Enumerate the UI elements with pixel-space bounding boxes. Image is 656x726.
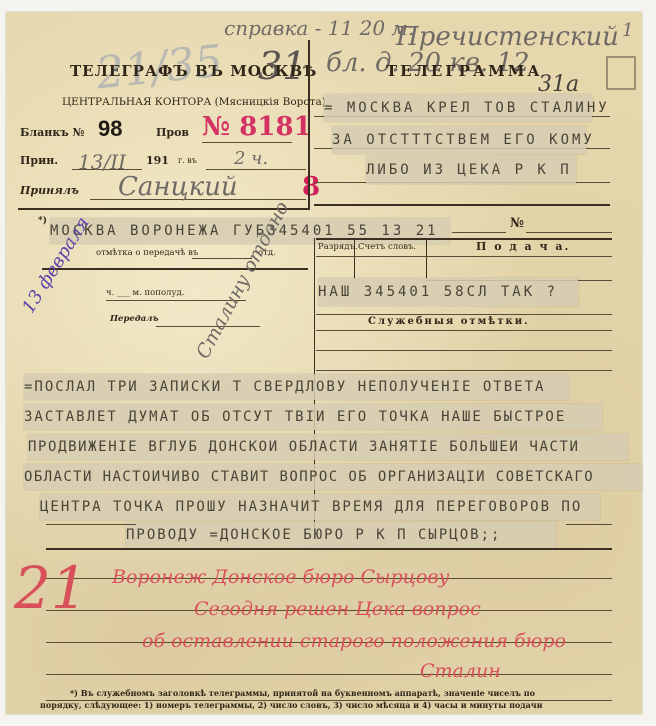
blank-label: Бланкъ № (20, 126, 85, 139)
telegram-form: справка - 11 20 м. 21/35 31 Пречистенски… (6, 12, 642, 714)
body-tape-6: ПРОВОДУ =ДОНСКОЕ БЮРО Р К П СЫРЦОВ;; (126, 522, 556, 548)
page-mark: 1 (622, 20, 633, 41)
address-tape-3: ЛИБО ИЗ ЦЕКА Р К П (366, 156, 576, 184)
sluzhebnye-label: Служебныя отмѣтки. (368, 316, 530, 327)
address-tape-2: ЗА ОТСТТТСТВЕМ ЕГО КОМУ (332, 126, 586, 154)
number-sign: № (510, 216, 524, 231)
address-tape-1: = МОСКВА КРЕЛ ТОВ СТАЛИНУ (324, 94, 592, 122)
service-tape: НАШ 345401 58СЛ ТАК ? (318, 278, 578, 306)
prov-label: Пров (156, 126, 189, 139)
reply-line-3: об оставлении старого положения бюро (142, 630, 566, 652)
body-tape-3: ПРОДВИЖЕНІЕ ВГЛУБ ДОНСКОИ ОБЛАСТИ ЗАНЯТІ… (28, 434, 628, 460)
footnote-marker: *) (38, 216, 47, 226)
received-date: 13/II (78, 150, 126, 174)
time-row-label: ч. ___ м. пополуд. (106, 288, 184, 298)
red-page-number: 21 (14, 554, 88, 622)
received-time: 2 ч. (234, 148, 268, 169)
g-label: г. въ (178, 156, 197, 165)
razryad-label: Разрядъ. (318, 242, 358, 252)
reply-line-1: Воронеж Донское бюро Сырцову (112, 566, 449, 588)
footnote-line-1: *) Въ служебномъ заголовкѣ телеграммы, п… (70, 688, 535, 698)
telegram-title: ТЕЛЕГРАММА (386, 62, 543, 80)
schet-label: Счетъ словъ. (358, 242, 416, 252)
prinyal-label: Принялъ (20, 184, 79, 197)
reply-line-2: Сегодня решен Цека вопрос (194, 598, 481, 620)
podacha-label: П о д а ч а. (476, 240, 570, 253)
peredal-label: Передалъ (110, 314, 159, 324)
office-subtitle: ЦЕНТРАЛЬНАЯ КОНТОРА (Мясницкія Ворота). (62, 96, 329, 108)
reply-signature: Сталин (420, 660, 501, 682)
stamp-box (606, 56, 636, 90)
body-tape-2: ЗАСТАВЛЕТ ДУМАТ ОБ ОТСУТ ТВІИ ЕГО ТОЧКА … (24, 404, 602, 430)
footnote-line-2: порядку, слѣдующее: 1) номеръ телеграммы… (40, 700, 543, 710)
pencil-note-spravka: справка - 11 20 м. (224, 16, 414, 40)
year-prefix: 191 (146, 154, 169, 167)
red-mark: 8 (302, 172, 320, 202)
body-tape-1: =ПОСЛАЛ ТРИ ЗАПИСКИ Т СВЕРДЛОВУ НЕПОЛУЧЕ… (24, 374, 569, 400)
received-by-signature: Санцкий (118, 172, 238, 202)
body-tape-4: ОБЛАСТИ НАСТОИЧИВО СТАВИТ ВОПРОС ОБ ОРГА… (24, 464, 642, 490)
prin-label: Прин. (20, 154, 58, 167)
transfer-label: отмѣтка о передачѣ въ (96, 248, 198, 258)
body-tape-5: ЦЕНТРА ТОЧКА ПРОШУ НАЗНАЧИТ ВРЕМЯ ДЛЯ ПЕ… (40, 494, 600, 520)
office-title: ТЕЛЕГРАФЪ ВЪ МОСКВѢ (70, 62, 317, 80)
red-stamp-number: № 8181 (202, 112, 312, 142)
blank-number: 98 (98, 116, 122, 142)
